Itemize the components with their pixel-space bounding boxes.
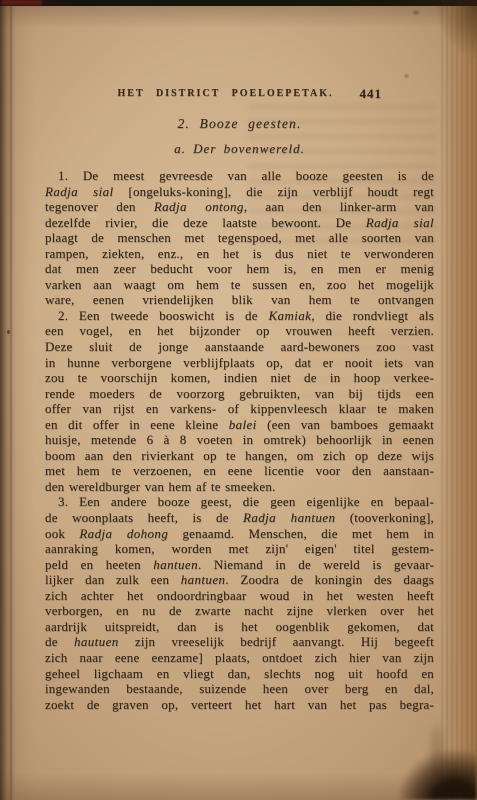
- text-line: zich achter het ondoordringbaar woud in …: [45, 588, 434, 604]
- bottom-right-stain: [399, 750, 477, 800]
- text-line: tegenover den Radja ontong, aan den link…: [45, 199, 434, 215]
- text-line: plaagt de menschen met tegenspoed, met a…: [45, 230, 434, 246]
- text-line: varken aan waagt om hem te sussen en, zo…: [45, 277, 434, 293]
- running-header: HET DISTRICT POELOEPETAK. 441: [45, 88, 434, 102]
- text-line: zoekt de graven op, verteert het hart va…: [45, 697, 434, 713]
- paragraph: 2. Een tweede booswicht is de Kamiak, di…: [45, 308, 434, 495]
- text-line: de hautuen zijn vreeselijk bedrijf aanva…: [45, 634, 434, 650]
- text-line: lijker dan zulk een hantuen. Zoodra de k…: [45, 572, 434, 588]
- paper-speck: [404, 74, 409, 78]
- text-line: ook Radja dohong genaamd. Menschen, die …: [45, 526, 434, 542]
- text-line: 3. Een andere booze geest, die geen eige…: [45, 494, 434, 510]
- text-line: huisje, metende 6 à 8 voeten in omtrek) …: [45, 432, 434, 448]
- text-line: den wereldburger van hem af te smeeken.: [45, 479, 434, 495]
- fore-edge-strip: [441, 0, 477, 800]
- paper-speck: [413, 10, 419, 15]
- text-line: zich naar eene eenzame] plaats, ontdoet …: [45, 650, 434, 666]
- red-edge-mark: [2, 0, 42, 5]
- text-line: de woonplaats heeft, is de Radja hantuen…: [45, 510, 434, 526]
- section-heading: 2. Booze geesten.: [45, 116, 434, 132]
- text-line: verborgen, en nu de zwarte nacht zijne v…: [45, 603, 434, 619]
- text-line: 2. Een tweede booswicht is de Kamiak, di…: [45, 308, 434, 324]
- text-line: ware, eenen vriendelijken blik van hem t…: [45, 292, 434, 308]
- text-line: geheel ligchaam en vliegt dan, slechts n…: [45, 666, 434, 682]
- scanned-book-page: { "book_page": { "running_header": { "ti…: [0, 0, 477, 800]
- text-line: aardrijk uitspreidt, dan is het oogenbli…: [45, 619, 434, 635]
- text-line: 1. De meest gevreesde van alle booze gee…: [45, 168, 434, 184]
- top-shadow: [0, 6, 477, 28]
- paper-speck: [7, 330, 10, 334]
- text-line: dat men zeer beducht voor hem is, en men…: [45, 261, 434, 277]
- page-content: HET DISTRICT POELOEPETAK. 441 2. Booze g…: [45, 88, 434, 712]
- text-line: met hem te verzoenen, en eene licentie v…: [45, 463, 434, 479]
- text-line: een vogel, en het bijzonder op vrouwen h…: [45, 323, 434, 339]
- text-line: zou te voorschijn komen, indien niet de …: [45, 370, 434, 386]
- text-line: offer van rijst en varkens- of kippenvle…: [45, 401, 434, 417]
- text-line: dezelfde rivier, die deze laatste bewoon…: [45, 215, 434, 231]
- text-line: peld en heeten hantuen. Niemand in de we…: [45, 557, 434, 573]
- text-line: Deze sluit de jonge aanstaande aard-bewo…: [45, 339, 434, 355]
- text-line: ingewanden bestaande, suizende heen over…: [45, 681, 434, 697]
- text-line: rampen, ziekten, enz., en het is dus nie…: [45, 246, 434, 262]
- paragraph: 1. De meest gevreesde van alle booze gee…: [45, 168, 434, 308]
- binding-gutter-shadow: [0, 0, 34, 800]
- text-line: in hunne verborgene verblijfplaats op, d…: [45, 355, 434, 371]
- top-right-corner-shadow: [435, 0, 477, 58]
- subsection-heading: a. Der bovenwereld.: [45, 141, 434, 157]
- text-line: en dit offer in eene kleine balei (een v…: [45, 417, 434, 433]
- page-number: 441: [360, 86, 383, 102]
- text-line: boom aan den rivierkant op te hangen, om…: [45, 448, 434, 464]
- book-top-edge: [0, 0, 477, 6]
- page-crease: [10, 0, 12, 800]
- body-text: 1. De meest gevreesde van alle booze gee…: [45, 168, 434, 712]
- text-line: rende moeders de voorzorg gebruikten, va…: [45, 386, 434, 402]
- text-line: Radja sial [ongeluks-koning], die zijn v…: [45, 184, 434, 200]
- text-line: aanraking komen, worden met zijn' eigen'…: [45, 541, 434, 557]
- paragraph: 3. Een andere booze geest, die geen eige…: [45, 494, 434, 712]
